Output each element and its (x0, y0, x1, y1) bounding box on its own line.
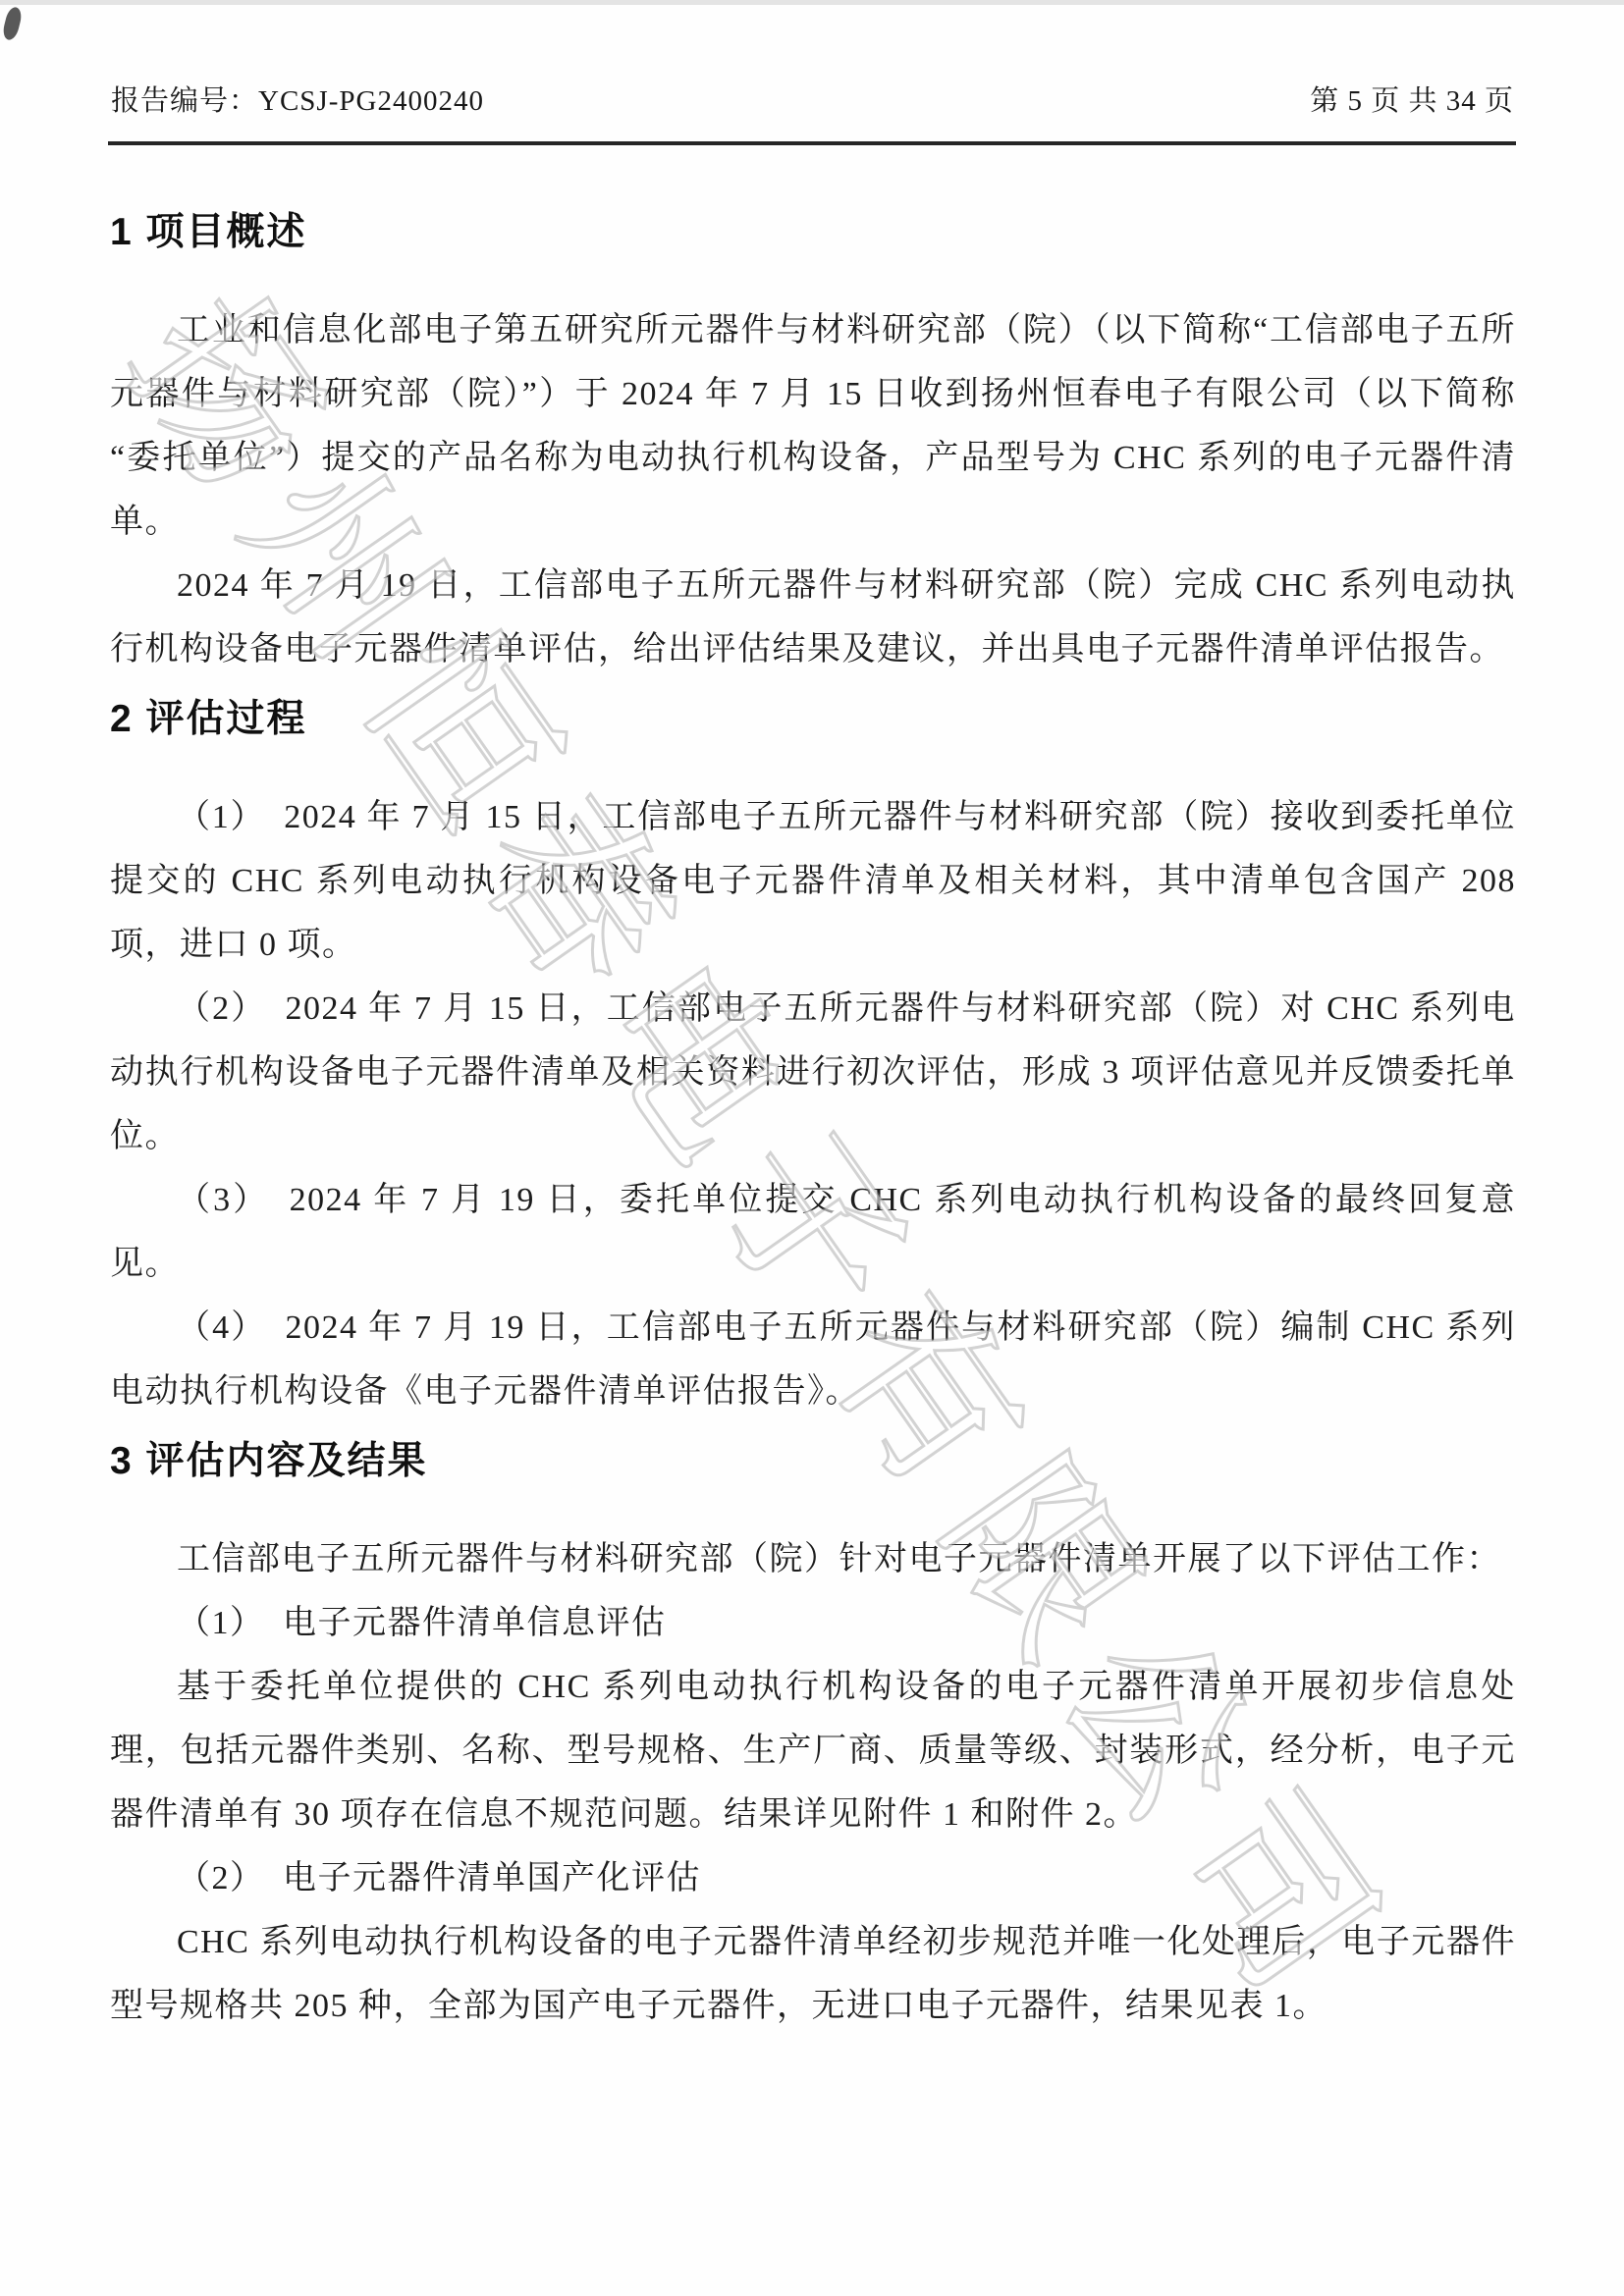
scan-speck-artifact (1, 6, 24, 42)
paragraph: （3） 2024 年 7 月 19 日，委托单位提交 CHC 系列电动执行机构设… (110, 1168, 1516, 1296)
document-page: 报告编号：YCSJ-PG2400240 第 5 页 共 34 页 1 项目概述工… (0, 0, 1624, 2296)
paragraph: 工业和信息化部电子第五研究所元器件与材料研究部（院）（以下简称“工信部电子五所元… (110, 298, 1516, 554)
paragraph: 2024 年 7 月 19 日，工信部电子五所元器件与材料研究部（院）完成 CH… (110, 554, 1516, 681)
scan-edge-artifact (0, 0, 1624, 5)
section-heading: 2 评估过程 (110, 695, 1516, 744)
paragraph: （1） 2024 年 7 月 15 日，工信部电子五所元器件与材料研究部（院）接… (110, 785, 1516, 977)
document-body: 1 项目概述工业和信息化部电子第五研究所元器件与材料研究部（院）（以下简称“工信… (110, 208, 1516, 2038)
paragraph: 工信部电子五所元器件与材料研究部（院）针对电子元器件清单开展了以下评估工作： (110, 1527, 1516, 1591)
paragraph: （2） 2024 年 7 月 15 日，工信部电子五所元器件与材料研究部（院）对… (110, 977, 1516, 1168)
page-indicator: 第 5 页 共 34 页 (1310, 79, 1514, 119)
section-heading: 3 评估内容及结果 (110, 1437, 1516, 1486)
paragraph: （1） 电子元器件清单信息评估 (110, 1591, 1516, 1655)
report-number-label: 报告编号： (111, 85, 258, 117)
paragraph: （4） 2024 年 7 月 19 日，工信部电子五所元器件与材料研究部（院）编… (110, 1296, 1516, 1423)
report-number: 报告编号：YCSJ-PG2400240 (111, 79, 484, 119)
section-heading: 1 项目概述 (110, 208, 1516, 257)
report-number-value: YCSJ-PG2400240 (258, 85, 484, 117)
paragraph: （2） 电子元器件清单国产化评估 (110, 1846, 1516, 1910)
page-header: 报告编号：YCSJ-PG2400240 第 5 页 共 34 页 (111, 79, 1514, 119)
paragraph: 基于委托单位提供的 CHC 系列电动执行机构设备的电子元器件清单开展初步信息处理… (110, 1655, 1516, 1846)
paragraph: CHC 系列电动执行机构设备的电子元器件清单经初步规范并唯一化处理后，电子元器件… (110, 1910, 1516, 2038)
header-rule (108, 141, 1516, 145)
